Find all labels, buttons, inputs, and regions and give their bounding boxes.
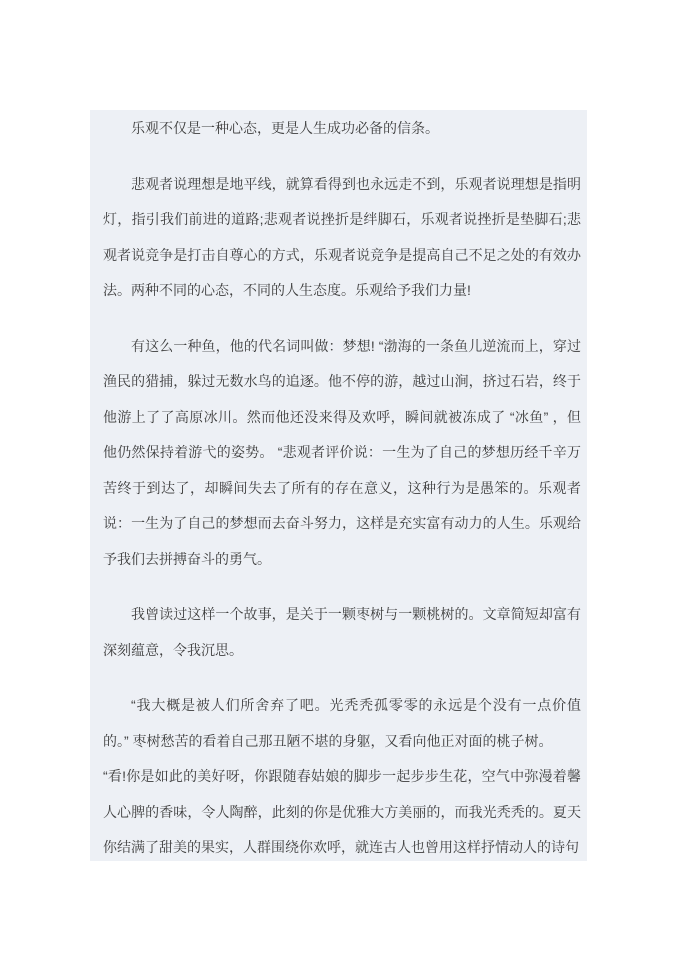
- essay-paragraph-5: “我大概是被人们所舍弃了吧。光秃秃孤零零的永远是个没有一点价值的。” 枣树愁苦的…: [103, 688, 581, 759]
- essay-paragraph-2: 悲观者说理想是地平线，就算看得到也永远走不到，乐观者说理想是指明灯，指引我们前进…: [103, 167, 581, 309]
- essay-text-panel: 乐观不仅是一种心态，更是人生成功必备的信条。 悲观者说理想是地平线，就算看得到也…: [90, 110, 587, 861]
- document-page: 乐观不仅是一种心态，更是人生成功必备的信条。 悲观者说理想是地平线，就算看得到也…: [0, 0, 690, 976]
- essay-paragraph-1: 乐观不仅是一种心态，更是人生成功必备的信条。: [103, 111, 581, 147]
- essay-paragraph-3: 有这么一种鱼，他的代名词叫做：梦想! “渤海的一条鱼儿逆流而上，穿过渔民的猎捕，…: [103, 329, 581, 578]
- essay-paragraph-4: 我曾读过这样一个故事，是关于一颗枣树与一颗桃树的。文章简短却富有深刻蕴意，令我沉…: [103, 597, 581, 668]
- essay-paragraph-6: “看!你是如此的美好呀，你跟随春姑娘的脚步一起步步生花，空气中弥漫着馨人心脾的香…: [103, 759, 581, 861]
